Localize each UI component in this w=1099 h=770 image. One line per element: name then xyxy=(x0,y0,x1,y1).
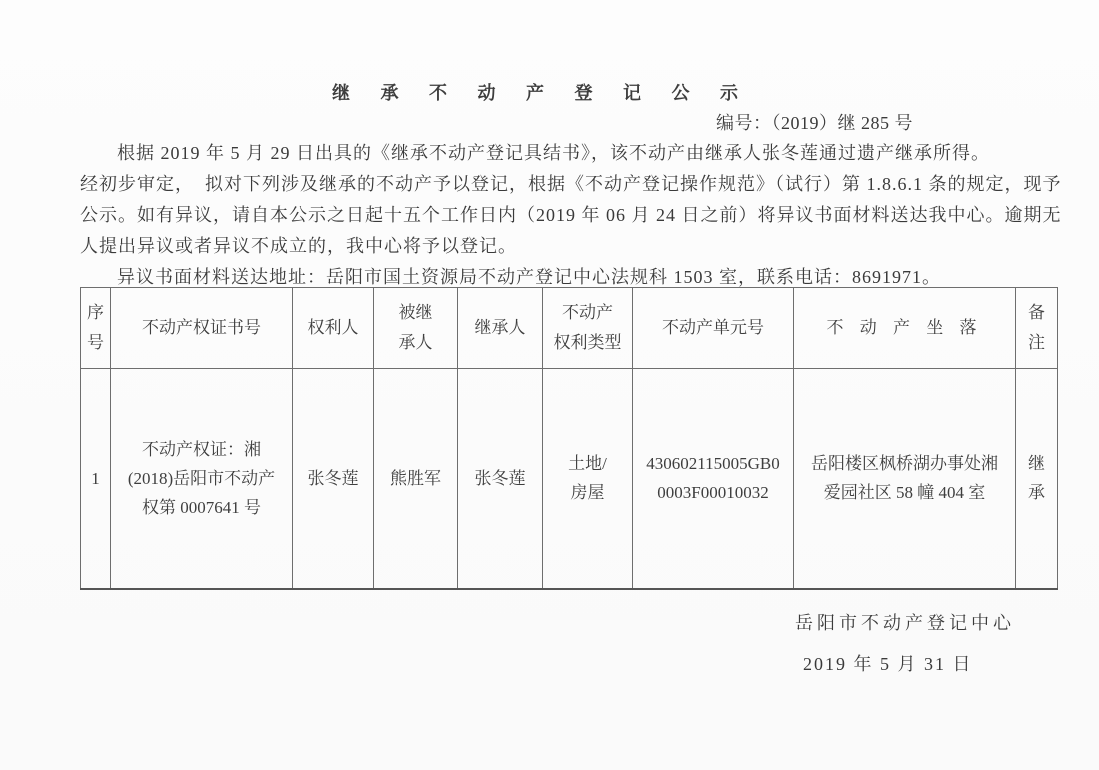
cell-decedent: 熊胜军 xyxy=(374,369,458,589)
body-line: 根据 2019 年 5 月 29 日出具的《继承不动产登记具结书》，该不动产由继… xyxy=(80,138,1070,169)
col-header-decedent: 被继 承人 xyxy=(374,288,458,369)
cell-remark: 继 承 xyxy=(1016,369,1058,589)
col-header-right-type: 不动产 权利类型 xyxy=(543,288,633,369)
cell-right-type: 土地/ 房屋 xyxy=(543,369,633,589)
col-header-remark: 备 注 xyxy=(1016,288,1058,369)
col-header-unit-no: 不动产单元号 xyxy=(633,288,794,369)
body-line: 经初步审定， 拟对下列涉及继承的不动产予以登记，根据《不动产登记操作规范》（试行… xyxy=(80,169,1070,200)
cell-location: 岳阳楼区枫桥湖办事处湘 爱园社区 58 幢 404 室 xyxy=(794,369,1016,589)
cell-cert-no: 不动产权证：湘 (2018)岳阳市不动产 权第 0007641 号 xyxy=(111,369,293,589)
registration-table: 序 号 不动产权证书号 权利人 被继 承人 继承人 不动产 权利类型 不动产单元… xyxy=(80,287,1058,590)
issue-date: 2019 年 5 月 31 日 xyxy=(803,650,973,676)
col-header-cert-no: 不动产权证书号 xyxy=(111,288,293,369)
page-title: 继 承 不 动 产 登 记 公 示 xyxy=(0,79,1091,105)
cell-unit-no: 430602115005GB0 0003F00010032 xyxy=(633,369,794,589)
cell-seq: 1 xyxy=(81,369,111,589)
col-header-seq: 序 号 xyxy=(81,288,111,369)
notice-body: 根据 2019 年 5 月 29 日出具的《继承不动产登记具结书》，该不动产由继… xyxy=(80,138,1070,293)
body-line: 公示。如有异议，请自本公示之日起十五个工作日内（2019 年 06 月 24 日… xyxy=(80,200,1070,231)
table-header-row: 序 号 不动产权证书号 权利人 被继 承人 继承人 不动产 权利类型 不动产单元… xyxy=(81,288,1058,369)
cell-heir: 张冬莲 xyxy=(458,369,543,589)
issuing-org: 岳阳市不动产登记中心 xyxy=(795,609,1015,635)
body-line: 人提出异议或者异议不成立的，我中心将予以登记。 xyxy=(80,231,1070,262)
scanned-notice-page: 继 承 不 动 产 登 记 公 示 编号：（2019）继 285 号 根据 20… xyxy=(0,0,1099,770)
col-header-heir: 继承人 xyxy=(458,288,543,369)
col-header-right-holder: 权利人 xyxy=(293,288,374,369)
cell-right-holder: 张冬莲 xyxy=(293,369,374,589)
doc-number: 编号：（2019）继 285 号 xyxy=(716,109,913,135)
table-row: 1 不动产权证：湘 (2018)岳阳市不动产 权第 0007641 号 张冬莲 … xyxy=(81,369,1058,589)
col-header-location: 不 动 产 坐 落 xyxy=(794,288,1016,369)
